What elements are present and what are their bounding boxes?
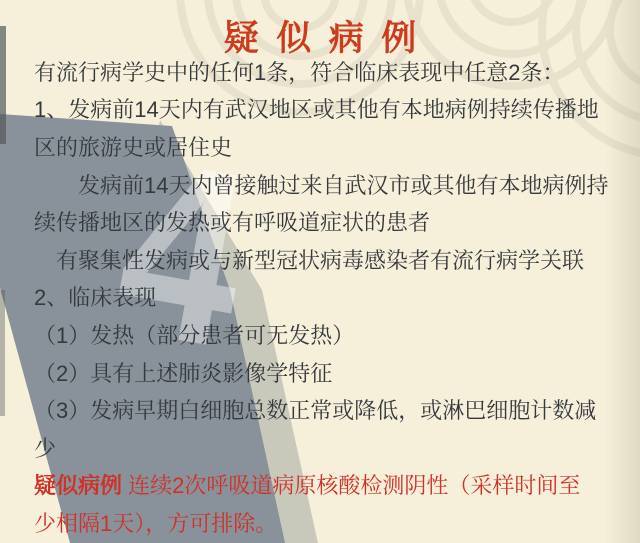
criterion-cluster-line: 有聚集性发病或与新型冠状病毒感染者有流行病学关联 bbox=[34, 242, 638, 280]
clinical-item-3-line-1: （3）发病早期白细胞总数正常或降低，或淋巴细胞计数减 bbox=[34, 392, 638, 430]
clinical-item-2-line: （2）具有上述肺炎影像学特征 bbox=[34, 355, 638, 393]
exclusion-note-rest: 连续2次呼吸道病原核酸检测阴性（采样时间至 bbox=[122, 475, 580, 497]
body-text: 有流行病学史中的任何1条，符合临床表现中任意2条： 1、发病前14天内有武汉地区… bbox=[34, 54, 638, 543]
clinical-item-1-line: （1）发热（部分患者可无发热） bbox=[34, 317, 638, 355]
left-edge-sliver-bottom bbox=[0, 290, 5, 416]
clinical-item-3-line-2: 少 bbox=[34, 430, 638, 468]
criterion-1-line-1: 1、发病前14天内有武汉地区或其他有本地病例持续传播地 bbox=[34, 92, 638, 130]
criterion-1-line-2: 区的旅游史或居住史 bbox=[34, 129, 638, 167]
clinical-heading-line: 2、临床表现 bbox=[34, 280, 638, 318]
exclusion-note-line-2: 少相隔1天），方可排除。 bbox=[34, 505, 638, 543]
slide: 4 疑似病例 有流行病学史中的任何1条，符合临床表现中任意2条： 1、发病前14… bbox=[0, 0, 640, 543]
criterion-contact-line-2: 续传播地区的发热或有呼吸道症状的患者 bbox=[34, 204, 638, 242]
epidemiology-intro-line: 有流行病学史中的任何1条，符合临床表现中任意2条： bbox=[34, 54, 638, 92]
exclusion-note-line-1: 疑似病例 连续2次呼吸道病原核酸检测阴性（采样时间至 bbox=[34, 468, 638, 506]
exclusion-note-lead: 疑似病例 bbox=[34, 475, 122, 497]
criterion-contact-line-1: 发病前14天内曾接触过来自武汉市或其他有本地病例持 bbox=[34, 167, 638, 205]
